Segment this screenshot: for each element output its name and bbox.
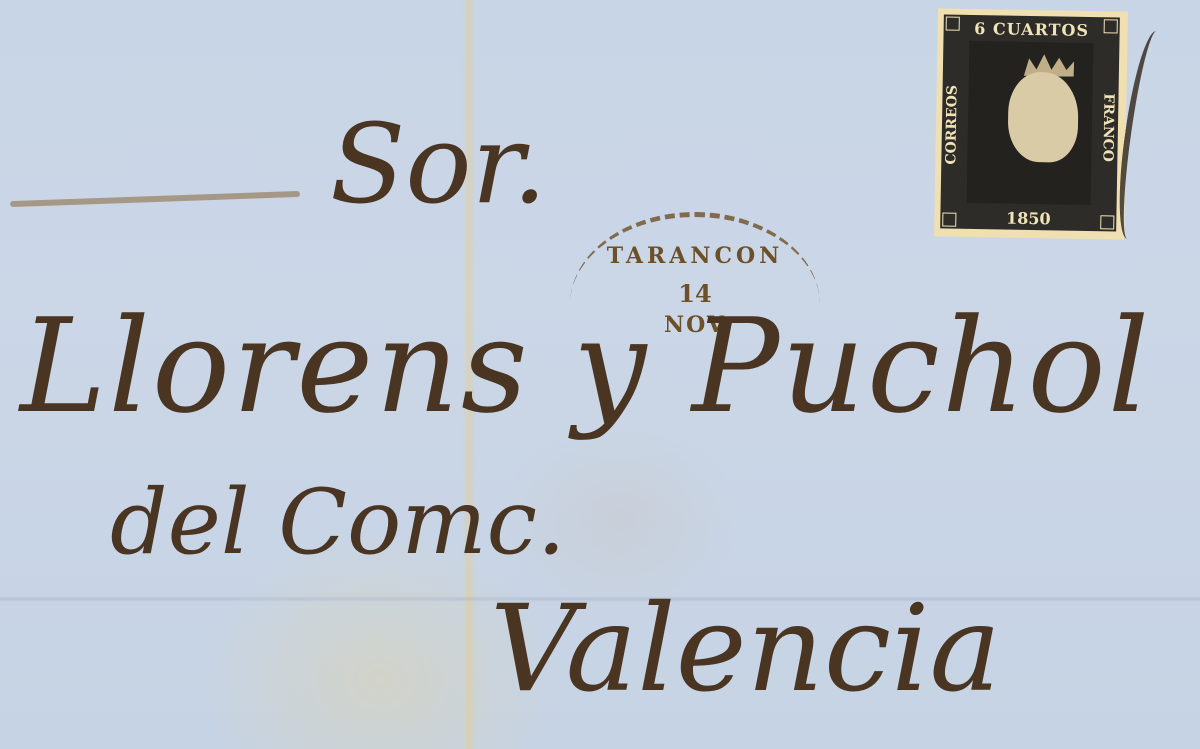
corner-ornament-icon <box>946 16 960 30</box>
address-line-2: Llorens y Puchol <box>20 290 1151 442</box>
corner-ornament-icon <box>1100 215 1114 229</box>
address-line-3: del Comc. <box>110 470 566 575</box>
corner-ornament-icon <box>942 212 956 226</box>
address-line-4: Valencia <box>490 580 1001 719</box>
queen-portrait <box>967 41 1094 205</box>
stamp-year: 1850 <box>940 207 1116 229</box>
stamp-left-label: CORREOS <box>943 54 967 194</box>
address-line-1: Sor. <box>330 100 547 228</box>
postmark-city: TARANCON <box>570 243 820 269</box>
stamp-right-label: FRANCO <box>1093 57 1117 197</box>
head-profile <box>1007 72 1079 163</box>
stamp-value: 6 CUARTOS <box>943 18 1119 40</box>
postage-stamp: 6 CUARTOS CORREOS FRANCO 1850 <box>934 8 1128 239</box>
corner-ornament-icon <box>1104 19 1118 33</box>
